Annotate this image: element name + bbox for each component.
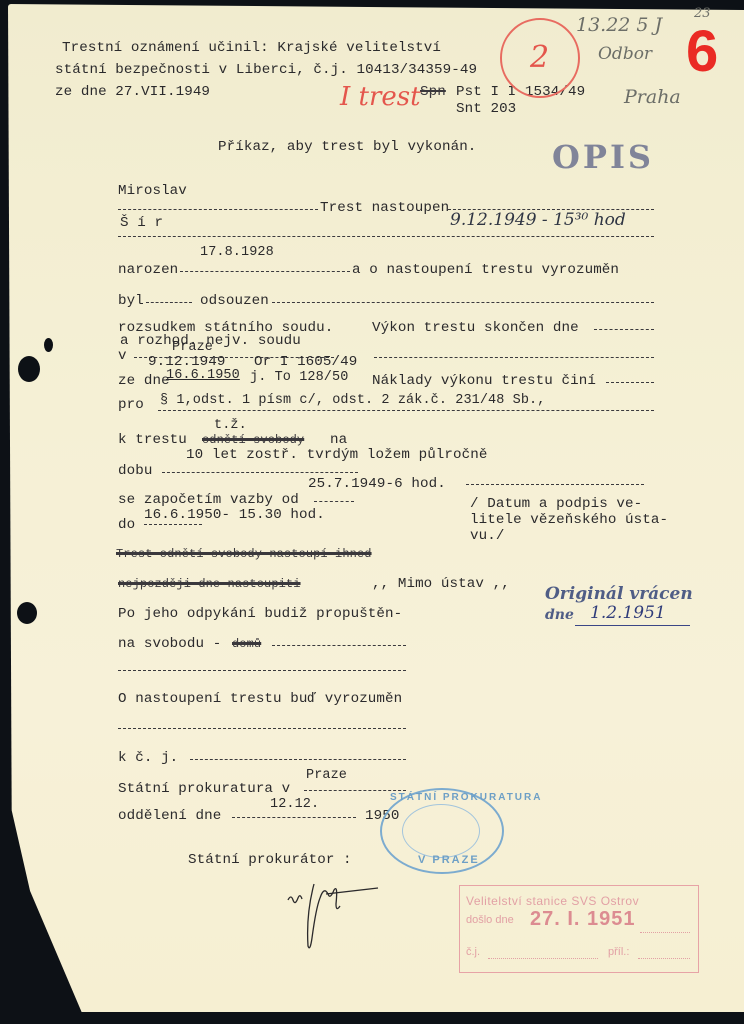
dash-line [118,728,406,729]
pencil-note-odbor: Odbor [598,44,652,64]
page-title: Příkaz, aby trest byl vykonán. [218,139,476,155]
received-stamp-pril: příl.: [608,946,629,958]
header-snt: Snt 203 [456,101,516,117]
prokurator-label: Státní prokurátor : [188,852,352,868]
v-label: v [118,348,127,364]
red-circle-number: 2 [530,40,549,75]
dash-line [272,302,654,303]
court-ref: Or I 1605/49 [254,354,357,370]
dash-line [272,645,406,646]
stamp-line [640,932,690,933]
header-ref-struck: Spn [420,84,446,100]
header-line-2: státní bezpečnosti v Liberci, č.j. 10413… [55,62,477,78]
stamp-line [638,958,690,959]
trest-nastoupen-label: Trest nastoupen [320,200,449,216]
propusten-label: Po jeho odpykání budiž propuštěn- [118,606,402,622]
dash-line [118,236,654,237]
datum-podpis-3: vu./ [470,528,504,544]
ze-dne-value: 16.6.1950 [166,368,240,384]
do-label: do [118,517,135,533]
dash-line [180,271,350,272]
dash-line [162,472,358,473]
original-returned-date: 1.2.1951 [590,603,666,623]
received-stamp-title: Velitelství stanice SVS Ostrov [466,894,639,908]
kcj-label: k č. j. [118,750,178,766]
vyrozumen-label: a o nastoupení trestu vyrozuměn [352,262,619,278]
state-prosecution-seal: STÁTNÍ PROKURATURA V PRAZE [380,788,504,874]
datum-podpis-2: litele vězeňského ústa- [470,512,668,528]
narozen-value: 17.8.1928 [200,245,274,261]
trest-nastoupen-value: 9.12.1949 - 15³⁰ hod [450,210,626,230]
naklady-label: Náklady výkonu trestu činí [372,373,596,389]
pro-value: § 1,odst. 1 písm c/, odst. 2 zák.č. 231/… [160,393,545,409]
opis-stamp: OPIS [552,138,654,176]
dash-line [144,524,202,525]
seal-bottom-text: V PRAZE [418,854,480,866]
dobu-label: dobu [118,463,152,479]
narozen-label: narozen [118,262,178,278]
dash-line [190,759,406,760]
dash-line [146,302,192,303]
vazba-label: se započetím vazby od [118,492,299,508]
vyrozumen-2-label: O nastoupení trestu buď vyrozuměn [118,691,402,707]
do-value: 16.6.1950- 15.30 hod. [144,507,325,523]
svobodu-struck: domů [232,636,261,652]
oddeleni-value: 12.12. [270,797,319,813]
na-label: na [330,432,347,448]
dash-line [158,410,654,411]
first-name-value: Miroslav [118,183,187,199]
dash-line [466,484,644,485]
signature [284,872,384,952]
pencil-note-praha: Praha [624,86,681,108]
received-stamp-date: 27. I. 1951 [530,908,636,931]
original-returned-stamp: Originál vrácen [545,584,693,604]
ze-dne-ref: j. To 128/50 [250,370,348,386]
mimo-ustav: ,, Mimo ústav ,, [372,576,510,592]
dash-line [374,357,654,358]
dash-line [118,209,318,210]
original-returned-dne-label: dne [545,607,574,623]
seal-top-text: STÁTNÍ PROKURATURA [390,792,542,803]
pro-label: pro [118,397,144,413]
struck-line-1: Trest odnětí svobody nastoupí ihned [116,546,372,562]
dash-line [304,790,406,791]
stamp-line [488,958,598,959]
header-line-3: ze dne 27.VII.1949 [55,84,210,100]
svobodu-label: na svobodu - [118,636,221,652]
k-trestu-struck: odnětí svobody [202,432,304,448]
punch-hole-lower [17,602,37,624]
k-trestu-label: k trestu [118,432,187,448]
header-line-1: Trestní oznámení učinil: Krajské velitel… [62,40,441,56]
vykon-label: Výkon trestu skončen dne [372,320,579,336]
odsouzen-label: odsouzen [200,293,269,309]
pencil-note-top: 13.22 5 J [576,14,662,36]
dash-line [594,329,654,330]
struck-line-2: nejpozději dne nastoupiti [118,576,301,592]
dash-line [606,382,654,383]
punch-hole-upper [18,356,40,382]
byl-label: byl [118,293,144,309]
received-stamp: Velitelství stanice SVS Ostrov došlo dne… [459,885,699,973]
red-handwritten-note: I trest [340,82,421,112]
received-stamp-label: došlo dne [466,914,514,926]
dash-line [575,625,690,626]
surname-value: Š í r [120,215,163,231]
vazba-value: 25.7.1949-6 hod. [308,476,446,492]
punch-hole-upper-small [44,338,53,352]
prokuratura-value: Praze [306,768,347,784]
dash-line [314,501,354,502]
big-red-number: 6 [686,22,718,82]
dobu-value: 10 let zostř. tvrdým ložem půlročně [186,447,488,463]
ze-dne-label: ze dne [118,373,170,389]
oddeleni-label: oddělení dne [118,808,221,824]
seal-inner-ring [402,804,480,858]
received-stamp-cj: č.j. [466,946,480,958]
prokuratura-label: Státní prokuratura v [118,781,290,797]
datum-podpis-1: / Datum a podpis ve- [470,496,642,512]
dash-line [232,817,356,818]
dash-line [118,670,406,671]
